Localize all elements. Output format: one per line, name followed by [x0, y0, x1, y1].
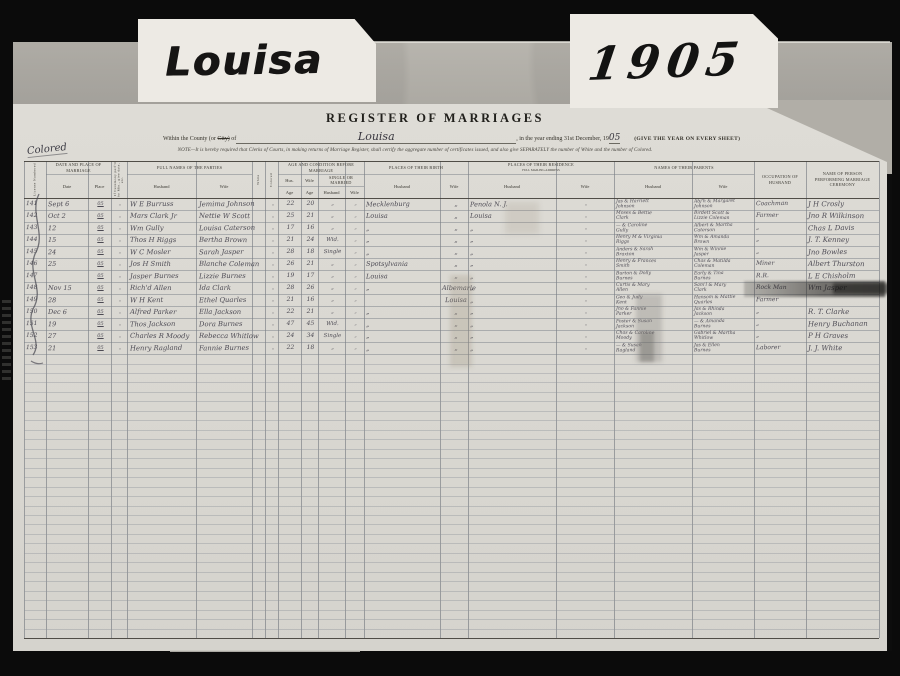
- entry-resh: Louisa: [470, 210, 556, 223]
- table-border-line: [24, 638, 879, 639]
- entry-resw: „: [558, 234, 614, 246]
- entry-wage: 18: [303, 342, 318, 354]
- film-border-right: [892, 0, 900, 676]
- col-header-husband: Husband: [318, 186, 345, 198]
- entry-birthw: „: [442, 342, 470, 354]
- table-column-line: [754, 161, 755, 638]
- entry-resh: „: [470, 306, 556, 319]
- entry-place: 05: [90, 318, 111, 330]
- ruled-line: [24, 373, 879, 374]
- entry-condh: „: [320, 270, 345, 282]
- entry-cer: „: [113, 210, 127, 222]
- ruled-line: [24, 562, 879, 563]
- within-prefix: Within the County (or: [163, 136, 217, 142]
- entry-hage: 19: [280, 270, 301, 282]
- entry-condh: Wid.: [320, 318, 345, 330]
- film-border-bottom: [0, 651, 900, 676]
- entry-occ: Rock Man: [756, 282, 806, 294]
- entry-birthh: Louisa: [366, 270, 440, 283]
- entry-birthw: Albemarle: [442, 282, 470, 294]
- entry-birthw: „: [442, 234, 470, 246]
- microfilm-scan: REGISTER OF MARRIAGES Within the County …: [0, 0, 900, 676]
- entry-birthw: „: [442, 270, 470, 282]
- ruled-line: [24, 572, 879, 573]
- entry-condw: „: [347, 318, 364, 330]
- ruled-line: [24, 515, 879, 516]
- entry-condw: „: [347, 258, 364, 270]
- entry-resw: „: [558, 246, 614, 259]
- entry-wage: 45: [303, 318, 318, 330]
- entry-birthw: Louisa: [442, 294, 470, 306]
- entry-wage: 21: [303, 306, 318, 318]
- entry-condw: „: [347, 294, 364, 306]
- film-scratch-line: [170, 650, 360, 652]
- ruled-line: [24, 534, 879, 535]
- entry-condh: „: [320, 222, 345, 234]
- col-header-husband: Husband: [364, 174, 440, 198]
- entry-wage: 34: [303, 330, 318, 342]
- entry-resh: „: [470, 221, 556, 234]
- entry-min: R. T. Clarke: [808, 306, 879, 318]
- county-label-card: Louisa: [138, 19, 376, 102]
- entry-place: 05: [90, 342, 111, 354]
- entry-occ: „: [756, 318, 806, 331]
- ruled-line: [24, 629, 879, 630]
- entry-wage: 16: [303, 294, 318, 306]
- table-column-line: [614, 161, 615, 638]
- col-header-performer: NAME OF PERSON PERFORMING MARRIAGE CEREM…: [806, 161, 879, 198]
- table-column-line: [440, 161, 441, 638]
- table-column-line: [692, 161, 693, 638]
- entry-min: J H Crosly: [808, 198, 879, 211]
- year-ending-text: , in the year ending 31st December, 19: [516, 136, 609, 142]
- entry-hname: Thos Jackson: [130, 318, 198, 331]
- entry-hage: 22: [280, 342, 301, 354]
- entry-hname: W E Burruss: [130, 198, 198, 211]
- entry-hage: 47: [280, 318, 301, 330]
- entry-birthw: „: [442, 318, 470, 330]
- entry-birthh: „: [366, 342, 440, 355]
- table-column-line: [806, 161, 807, 638]
- entry-wname: Lizzie Burnes: [199, 270, 259, 283]
- ruled-line: [24, 600, 879, 601]
- entry-hage: 17: [280, 222, 301, 234]
- table-column-line: [88, 161, 89, 638]
- entry-condw: „: [347, 210, 364, 222]
- entry-cer: „: [113, 342, 127, 354]
- ruled-line: [24, 439, 879, 440]
- entry-hage: 22: [280, 306, 301, 318]
- entry-resw: „: [558, 294, 614, 307]
- entry-hname: Henry Ragland: [130, 342, 198, 355]
- entry-resh: „: [470, 330, 556, 343]
- entry-wage: 18: [303, 246, 318, 258]
- col-header-birth: PLACES OF THEIR BIRTH: [364, 161, 468, 174]
- entry-colored: „: [267, 270, 279, 282]
- entry-hage: 28: [280, 282, 301, 294]
- entry-birthw: „: [442, 198, 470, 210]
- col-header-date-place: DATE AND PLACE OF MARRIAGE: [46, 161, 111, 174]
- entry-wname: Ella Jackson: [199, 306, 259, 318]
- entry-birthh: „: [366, 306, 440, 319]
- entry-condh: „: [320, 282, 345, 294]
- entry-birthh: „: [366, 282, 440, 295]
- entry-resw: „: [558, 210, 614, 222]
- entry-place: 05: [90, 330, 111, 342]
- entry-resw: „: [558, 306, 614, 318]
- entry-cer: „: [113, 258, 127, 270]
- entry-occ: Coachman: [756, 198, 806, 211]
- year-card-text: 1905: [585, 31, 764, 91]
- entry-condw: „: [347, 246, 364, 258]
- entry-resw: „: [558, 258, 614, 270]
- year-label-card: 1905: [570, 14, 778, 108]
- entry-birthw: „: [442, 258, 470, 270]
- col-header-wife: Wife: [556, 174, 614, 198]
- table-column-line: [111, 161, 112, 638]
- entry-wage: 16: [303, 222, 318, 234]
- entry-resh: „: [470, 341, 556, 354]
- ledger-page: REGISTER OF MARRIAGES Within the County …: [13, 104, 887, 653]
- table-column-line: [265, 161, 266, 638]
- entry-parh: — & Susan Ragland: [616, 342, 692, 356]
- entry-resh: „: [470, 282, 556, 295]
- entry-min: Jno Bowles: [808, 246, 879, 259]
- entry-wname: Nettie W Scott: [199, 210, 259, 222]
- entry-condw: „: [347, 234, 364, 246]
- entry-hage: 25: [280, 210, 301, 222]
- entry-wname: Sarah Jasper: [199, 246, 259, 259]
- entry-place: 05: [90, 222, 111, 234]
- entry-cer: „: [113, 282, 127, 294]
- entry-condw: „: [347, 222, 364, 234]
- entry-condh: „: [320, 198, 345, 210]
- entry-wage: 24: [303, 234, 318, 246]
- entry-occ: Farmer: [756, 294, 806, 307]
- entry-colored: „: [267, 198, 279, 210]
- col-header-hus: Hus.: [278, 174, 301, 186]
- year-written: 05: [609, 133, 620, 144]
- entry-condw: „: [347, 270, 364, 282]
- entry-condh: „: [320, 342, 345, 354]
- entry-birthw: „: [442, 330, 470, 342]
- col-header-wife: Wife: [196, 174, 252, 198]
- entry-min: Wm Jasper: [808, 282, 879, 294]
- entry-min: J. J. White: [808, 342, 879, 355]
- entry-resw: „: [558, 270, 614, 283]
- col-header-place: Place: [88, 174, 111, 198]
- col-header-age-condition: AGE AND CONDITION BEFORE MARRIAGE: [278, 161, 364, 174]
- entry-occ: R.R.: [756, 270, 806, 283]
- entry-birthh: „: [366, 246, 440, 259]
- entry-condw: „: [347, 198, 364, 210]
- entry-wage: 20: [303, 198, 318, 210]
- entry-condh: Single: [320, 330, 345, 342]
- entry-hname: Charles R Moody: [130, 330, 198, 342]
- note-line: NOTE—It is hereby required that Clerks o…: [13, 148, 817, 153]
- entry-birthw: „: [442, 210, 470, 222]
- county-line: Within the County (or City) ofLouisa, in…: [163, 130, 740, 144]
- pencil-brace-mark: [21, 189, 55, 379]
- entry-hname: Rich'd Allen: [130, 282, 198, 294]
- col-header-single-married: SINGLE OR MARRIED: [318, 174, 364, 186]
- entry-resw: „: [558, 198, 614, 211]
- ruled-line: [24, 581, 879, 582]
- entry-wage: 21: [303, 210, 318, 222]
- entry-wage: 17: [303, 270, 318, 282]
- entry-condh: „: [320, 258, 345, 270]
- entry-colored: „: [267, 282, 279, 294]
- entry-resh: „: [470, 317, 556, 330]
- col-header-age: Age: [278, 186, 301, 198]
- col-header-husband: Husband: [468, 174, 556, 198]
- entry-min: P H Graves: [808, 330, 879, 342]
- entry-place: 05: [90, 210, 111, 222]
- ruled-line: [24, 506, 879, 507]
- register-table: License NumberedDATE AND PLACE OF MARRIA…: [24, 161, 879, 638]
- entry-resw: „: [558, 318, 614, 331]
- ruled-line: [24, 458, 879, 459]
- col-header-full-names: FULL NAMES OF THE PARTIES: [127, 161, 252, 174]
- entry-condw: „: [347, 342, 364, 354]
- entry-resw: „: [558, 330, 614, 342]
- entry-occ: „: [756, 246, 806, 259]
- entry-cer: „: [113, 318, 127, 330]
- entry-resh: „: [470, 234, 556, 247]
- entry-min: L E Chisholm: [808, 270, 879, 283]
- entry-place: 05: [90, 246, 111, 258]
- entry-birthw: „: [442, 222, 470, 234]
- col-header-wife: Wife: [345, 186, 364, 198]
- county-blank: Louisa: [236, 130, 516, 144]
- entry-wname: Dora Burnes: [199, 318, 259, 331]
- entry-hage: 21: [280, 294, 301, 306]
- entry-wname: Blanche Coleman: [199, 258, 259, 270]
- entry-colored: „: [267, 318, 279, 330]
- entry-hname: Jasper Burnes: [130, 270, 198, 283]
- entry-occ: „: [756, 234, 806, 246]
- entry-hname: W C Mosler: [130, 246, 198, 259]
- entry-min: J. T. Kenney: [808, 234, 879, 246]
- entry-occ: „: [756, 306, 806, 318]
- colored-annotation: Colored: [26, 142, 67, 158]
- entry-colored: „: [267, 234, 279, 246]
- entry-min: Chas L Davis: [808, 222, 879, 235]
- ruled-line: [24, 411, 879, 412]
- col-header-husband: Husband: [127, 174, 196, 198]
- city-struck: City): [217, 136, 229, 142]
- entry-hname: Wm Gully: [130, 222, 198, 235]
- entry-colored: „: [267, 258, 279, 270]
- col-header-age: Age: [301, 186, 318, 198]
- entry-cer: „: [113, 330, 127, 342]
- ruled-line: [24, 591, 879, 592]
- entry-hname: Jos H Smith: [130, 258, 198, 270]
- entry-resh: „: [470, 258, 556, 271]
- entry-birthh: Louisa: [366, 210, 440, 223]
- ruled-line: [24, 401, 879, 402]
- entry-condh: Wid.: [320, 234, 345, 246]
- entry-place: 05: [90, 198, 111, 210]
- entry-place: 05: [90, 258, 111, 270]
- year-directive: (GIVE THE YEAR ON EVERY SHEET): [634, 136, 740, 142]
- entry-wname: Fannie Burnes: [199, 342, 259, 355]
- ruled-line: [24, 496, 879, 497]
- ruled-line: [24, 449, 879, 450]
- entry-birthw: „: [442, 306, 470, 318]
- entry-place: 05: [90, 234, 111, 246]
- col-header-ceremony: If Ceremony perf'd by Min., give date, e…: [111, 161, 127, 198]
- entry-cer: „: [113, 270, 127, 282]
- entry-colored: „: [267, 246, 279, 258]
- entry-hname: Thos H Riggs: [130, 234, 198, 246]
- entry-condw: „: [347, 282, 364, 294]
- entry-birthh: „: [366, 318, 440, 331]
- entry-condh: „: [320, 210, 345, 222]
- entry-birthh: Spotsylvania: [366, 258, 440, 271]
- entry-birthh: „: [366, 330, 440, 343]
- col-header-husband: Husband: [614, 174, 692, 198]
- entry-wage: 26: [303, 282, 318, 294]
- entry-colored: „: [267, 210, 279, 222]
- entry-place: 05: [90, 306, 111, 318]
- col-header-wife: Wife: [692, 174, 754, 198]
- entry-birthw: „: [442, 246, 470, 258]
- entry-birthh: „: [366, 222, 440, 235]
- col-header-parents: NAMES OF THEIR PARENTS: [614, 161, 754, 174]
- ruled-line: [24, 364, 879, 365]
- entry-min: Albert Thurston: [808, 258, 879, 270]
- entry-resh: Penola N. J.: [470, 197, 556, 210]
- entry-cer: „: [113, 306, 127, 318]
- entry-cer: „: [113, 294, 127, 306]
- entry-cer: „: [113, 234, 127, 246]
- entry-occ: Miner: [756, 258, 806, 270]
- entry-condh: „: [320, 306, 345, 318]
- entry-wname: Ethel Quarles: [199, 294, 259, 307]
- ruled-line: [24, 610, 879, 611]
- entry-colored: „: [267, 342, 279, 354]
- ruled-line: [24, 420, 879, 421]
- entry-resw: „: [558, 222, 614, 235]
- entry-condw: „: [347, 330, 364, 342]
- page-title: REGISTER OF MARRIAGES: [13, 111, 857, 126]
- entry-colored: „: [267, 294, 279, 306]
- table-column-line: [879, 161, 880, 638]
- col-header-white: White: [252, 161, 265, 198]
- entry-place: 05: [90, 282, 111, 294]
- entry-hname: W H Kent: [130, 294, 198, 307]
- entry-hage: 28: [280, 246, 301, 258]
- entry-occ: „: [756, 222, 806, 235]
- ruled-line: [24, 392, 879, 393]
- entry-colored: „: [267, 222, 279, 234]
- entry-hage: 21: [280, 234, 301, 246]
- entry-cer: „: [113, 198, 127, 210]
- col-header-wife: Wife: [440, 174, 468, 198]
- entry-parw: Jas & Ellen Burnes: [694, 342, 754, 356]
- ruled-line: [24, 382, 879, 383]
- entry-occ: Laborer: [756, 342, 806, 355]
- entry-wage: 21: [303, 258, 318, 270]
- entry-wname: Rebecca Whitlow: [199, 330, 259, 342]
- entry-resw: „: [558, 282, 614, 294]
- ruled-line: [24, 619, 879, 620]
- table-column-line: [364, 161, 365, 638]
- entry-occ: Farmer: [756, 210, 806, 222]
- film-edge-marks: [2, 296, 11, 384]
- entry-hage: 22: [280, 198, 301, 210]
- entry-resh: „: [470, 269, 556, 282]
- entry-condw: „: [347, 306, 364, 318]
- table-column-line: [345, 161, 346, 638]
- county-card-text: Louisa: [165, 36, 350, 85]
- entry-hage: 26: [280, 258, 301, 270]
- entry-colored: „: [267, 330, 279, 342]
- col-header-wife-abbr: Wife: [301, 174, 318, 186]
- col-header-colored: Colored: [265, 161, 278, 198]
- table-column-line: [127, 161, 128, 638]
- entry-condh: Single: [320, 246, 345, 258]
- entry-condh: „: [320, 294, 345, 306]
- entry-resh: „: [470, 245, 556, 258]
- entry-min: Henry Buchanan: [808, 318, 879, 331]
- entry-wname: Louisa Caterson: [199, 222, 259, 235]
- entry-occ: „: [756, 330, 806, 342]
- entry-hname: Alfred Parker: [130, 306, 198, 318]
- entry-hname: Mars Clark Jr: [130, 210, 198, 222]
- entry-place: 05: [90, 270, 111, 282]
- col-header-occupation: OCCUPATION OF HUSBAND: [754, 161, 806, 198]
- ruled-line: [24, 553, 879, 554]
- entry-hage: 24: [280, 330, 301, 342]
- table-column-line: [318, 161, 319, 638]
- entry-resw: „: [558, 342, 614, 355]
- entry-birthh: Mecklenburg: [366, 198, 440, 211]
- ruled-line: [24, 543, 879, 544]
- entry-cer: „: [113, 246, 127, 258]
- entry-colored: „: [267, 306, 279, 318]
- ruled-line: [24, 487, 879, 488]
- ruled-line: [24, 430, 879, 431]
- entry-wname: Bertha Brown: [199, 234, 259, 246]
- table-column-line: [301, 161, 302, 638]
- entry-resh: „: [470, 293, 556, 306]
- entry-place: 05: [90, 294, 111, 306]
- entry-wname: Jemima Johnson: [199, 198, 259, 211]
- county-written: Louisa: [358, 130, 395, 143]
- entry-min: Jno R Wilkinson: [808, 210, 879, 222]
- ruled-line: [24, 468, 879, 469]
- table-column-line: [556, 161, 557, 638]
- entry-wname: Ida Clark: [199, 282, 259, 294]
- entry-cer: „: [113, 222, 127, 234]
- entry-birthh: „: [366, 234, 440, 247]
- ruled-line: [24, 524, 879, 525]
- ruled-line: [24, 477, 879, 478]
